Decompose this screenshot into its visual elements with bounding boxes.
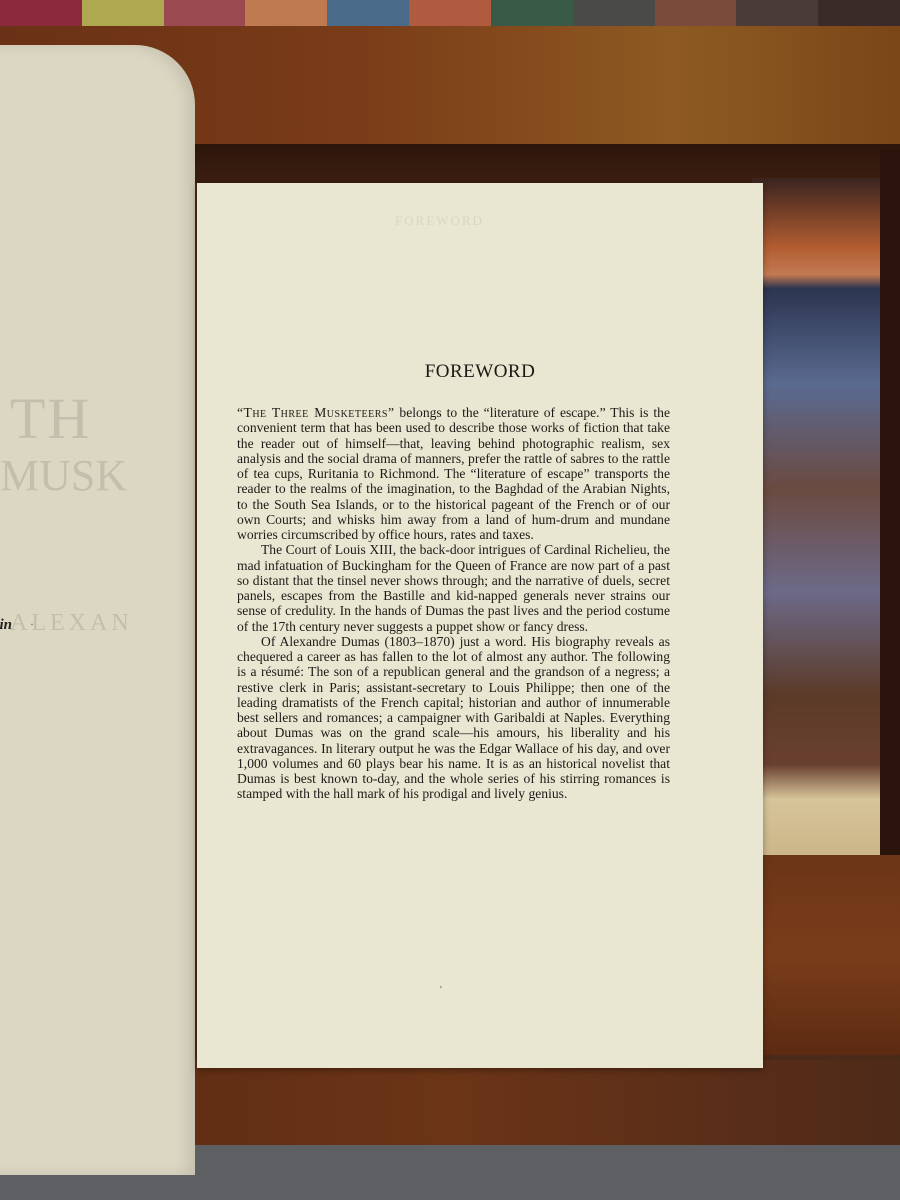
left-page-fragment: ain xyxy=(0,617,12,634)
bleed-through-text: MUSK xyxy=(0,450,127,501)
paragraph-2: The Court of Louis XIII, the back-door i… xyxy=(237,542,670,634)
left-page: TH MUSK ALEXAN ain · xyxy=(0,45,195,1175)
foreword-body: “The Three Musketeers” belongs to the “l… xyxy=(237,405,670,802)
left-page-dot: · xyxy=(30,617,34,632)
background-book-spines xyxy=(0,0,900,26)
page-mark: ' xyxy=(440,985,442,996)
bleed-through-heading: FOREWORD xyxy=(395,213,484,229)
wooden-shelf-right xyxy=(760,855,900,1055)
bleed-through-text: TH xyxy=(10,385,91,452)
right-page: FOREWORD FOREWORD “The Three Musketeers”… xyxy=(197,183,763,1068)
paragraph-3: Of Alexandre Dumas (1803–1870) just a wo… xyxy=(237,634,670,802)
book-title-smallcaps: “The Three Musketeers” xyxy=(237,405,394,420)
background-books-right xyxy=(752,178,882,868)
paragraph-1: “The Three Musketeers” belongs to the “l… xyxy=(237,405,670,542)
bleed-through-text: ALEXAN xyxy=(10,610,133,637)
paragraph-text: belongs to the “literature of escape.” T… xyxy=(237,405,670,542)
page-title: FOREWORD xyxy=(197,361,763,383)
